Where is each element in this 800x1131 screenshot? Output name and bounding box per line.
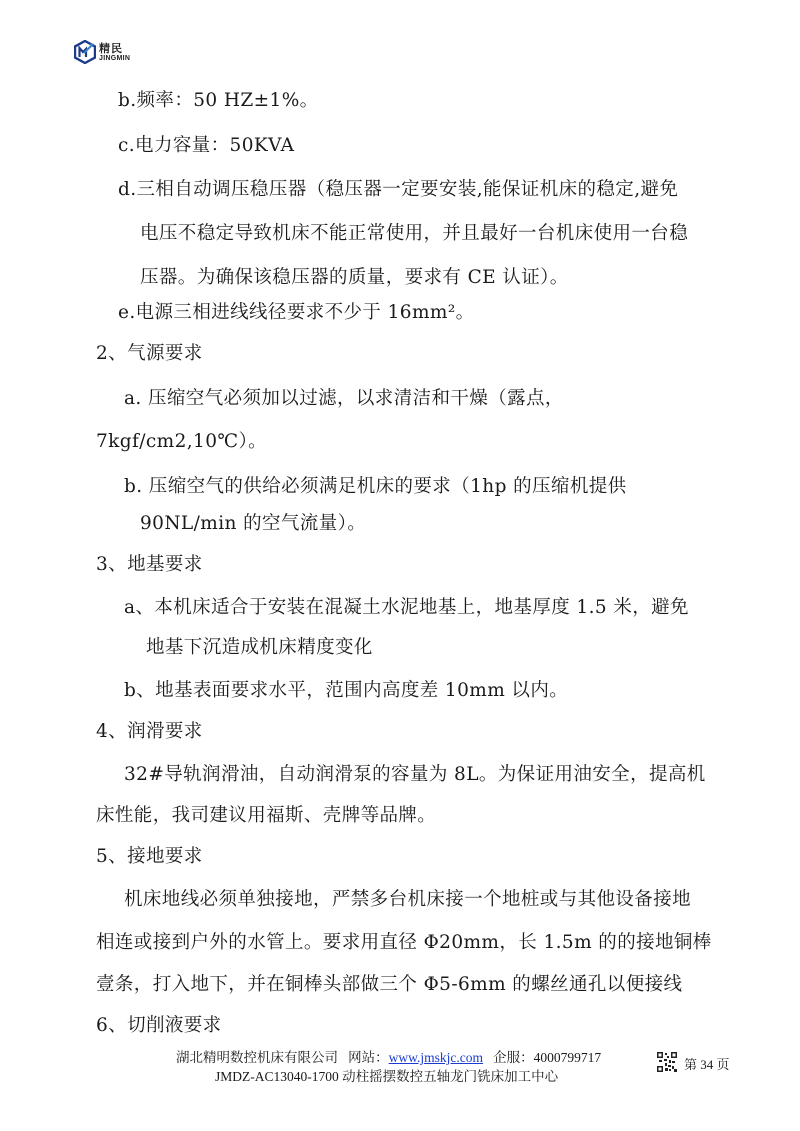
body-text-line: d.三相自动调压稳压器（稳压器一定要安装,能保证机床的稳定,避免	[118, 175, 678, 201]
body-text-line: b、地基表面要求水平，范围内高度差 10mm 以内。	[124, 676, 568, 702]
body-text-line: a. 压缩空气必须加以过滤，以求清洁和干燥（露点，	[124, 384, 564, 410]
body-text-line: 相连或接到户外的水管上。要求用直径 Φ20mm，长 1.5m 的的接地铜棒	[96, 928, 712, 954]
body-text-line: b. 压缩空气的供给必须满足机床的要求（1hp 的压缩机提供	[124, 472, 627, 498]
page-number: 第 34 页	[684, 1054, 730, 1073]
body-text-line: 壹条，打入地下，并在铜棒头部做三个 Φ5-6mm 的螺丝通孔以便接线	[96, 970, 682, 996]
body-text-line: c.电力容量：50KVA	[118, 131, 294, 157]
body-text-line: 机床地线必须单独接地，严禁多台机床接一个地桩或与其他设备接地	[124, 885, 691, 911]
body-text-line: 32#导轨润滑油，自动润滑泵的容量为 8L。为保证用油安全，提高机	[124, 760, 706, 786]
body-text-line: 床性能，我司建议用福斯、壳牌等品牌。	[96, 801, 436, 827]
body-text-line: 90NL/min 的空气流量）。	[140, 509, 366, 535]
body-text-line: 压器。为确保该稳压器的质量，要求有 CE 认证）。	[140, 263, 569, 289]
footer-service-label: 企服：	[493, 1050, 534, 1065]
qr-code-icon	[657, 1052, 677, 1072]
body-text-line: b.频率：50 HZ±1%。	[118, 86, 319, 112]
logo-english-name: JINGMIN	[99, 55, 130, 62]
footer-service-phone: 4000799717	[534, 1050, 602, 1065]
body-text-line: 电压不稳定导致机床不能正常使用，并且最好一台机床使用一台稳	[140, 219, 688, 245]
company-logo: 精民 JINGMIN	[74, 40, 130, 64]
section-heading: 5、接地要求	[96, 842, 203, 868]
footer-website-label: 网站：	[348, 1050, 389, 1065]
section-heading: 3、地基要求	[96, 550, 203, 576]
body-text-line: e.电源三相进线线径要求不少于 16mm²。	[118, 298, 475, 324]
body-text-line: 7kgf/cm2,10℃）。	[96, 427, 267, 453]
logo-chinese-name: 精民	[99, 43, 130, 54]
footer-contact-line: 湖北精明数控机床有限公司 网站：www.jmskjc.com 企服：400079…	[176, 1046, 601, 1066]
footer-model-line: JMDZ-AC13040-1700 动柱摇摆数控五轴龙门铣床加工中心	[215, 1065, 558, 1085]
body-text-line: 地基下沉造成机床精度变化	[146, 633, 373, 659]
footer-website-link[interactable]: www.jmskjc.com	[389, 1050, 483, 1065]
section-heading: 4、润滑要求	[96, 717, 203, 743]
jingmin-logo-icon	[74, 40, 96, 64]
section-heading: 6、切削液要求	[96, 1011, 222, 1037]
footer-company-name: 湖北精明数控机床有限公司	[176, 1050, 338, 1065]
body-text-line: a、本机床适合于安装在混凝土水泥地基上，地基厚度 1.5 米，避免	[124, 593, 689, 619]
section-heading: 2、气源要求	[96, 339, 203, 365]
